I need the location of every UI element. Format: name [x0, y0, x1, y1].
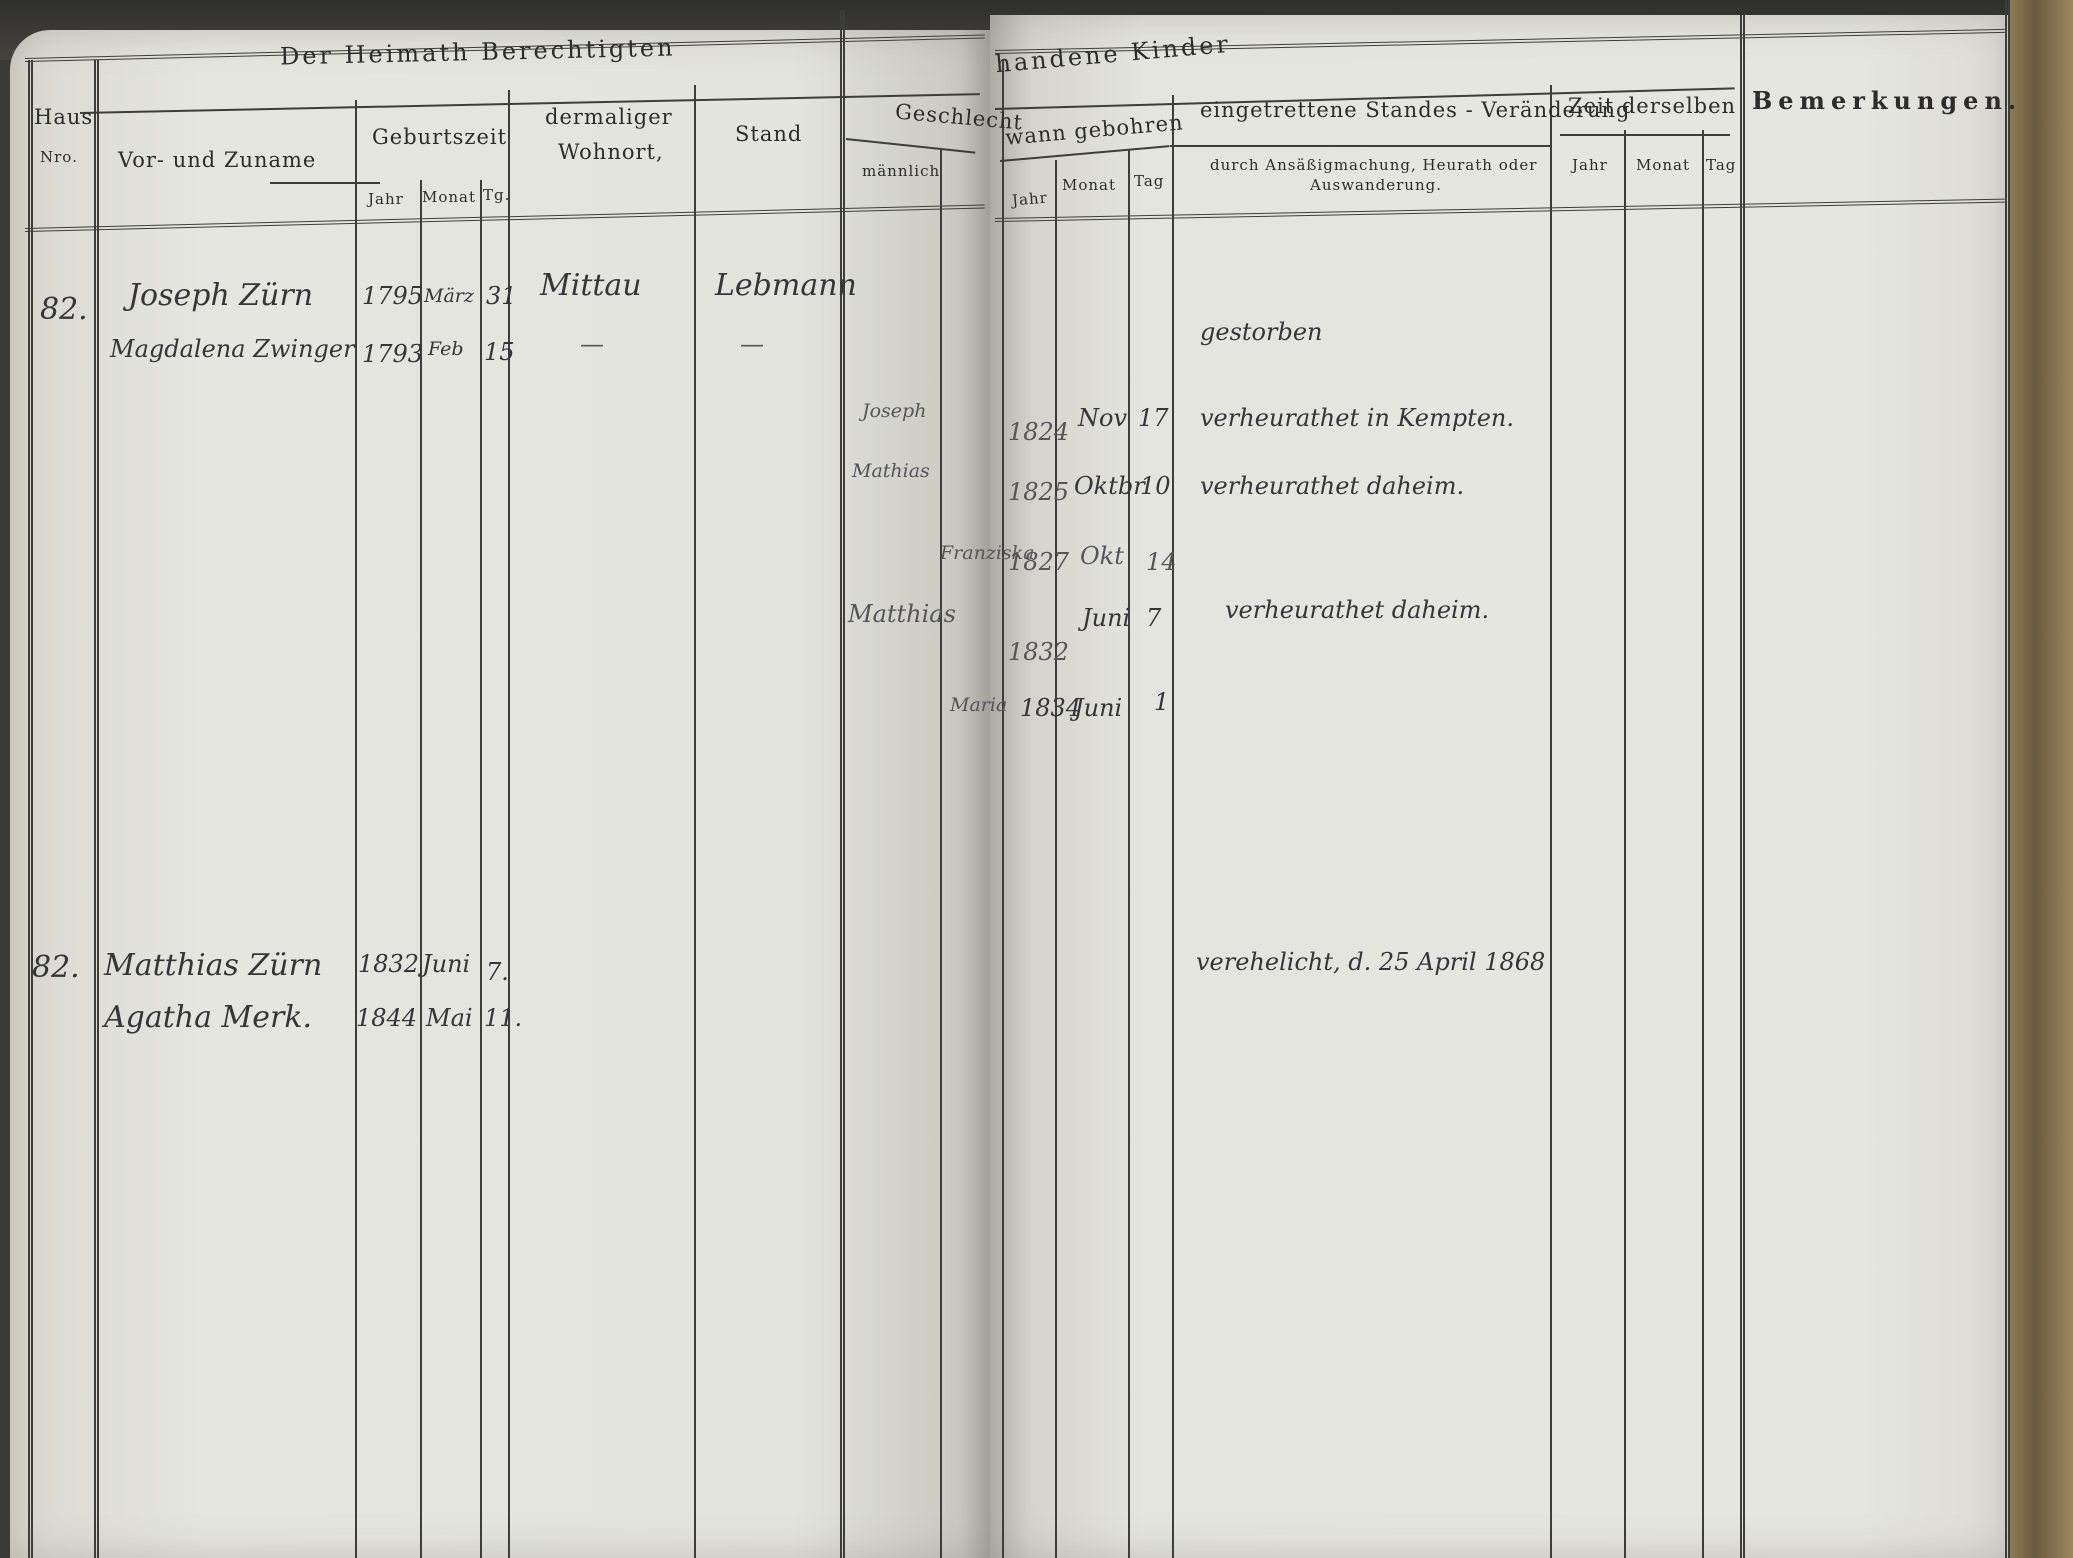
- entry-2-person-1-month: Juni: [422, 950, 470, 978]
- col-bemerkungen: Bemerkungen.: [1752, 86, 2022, 115]
- col-geburtszeit: Geburtszeit: [372, 125, 507, 149]
- entry-2-person-2-month: Mai: [426, 1004, 473, 1032]
- col-zeit-monat: Monat: [1636, 156, 1690, 174]
- entry-1-person-1-day: 31: [486, 282, 517, 310]
- col-maennlich: männlich: [862, 162, 940, 180]
- entry-1-wohnort-dash: —: [580, 330, 604, 358]
- child-male-name: Matthias: [848, 600, 956, 628]
- child-female-name: Maria: [950, 694, 1007, 716]
- col-geb-tag: Tg.: [483, 186, 510, 204]
- col-stand: Stand: [735, 122, 802, 146]
- entry-1-stand-dash: —: [740, 330, 764, 358]
- child-year: 1824: [1008, 418, 1069, 446]
- col-wohnort-1: dermaliger: [545, 105, 673, 129]
- child-month: Juni: [1074, 694, 1122, 722]
- child-day: 17: [1138, 404, 1169, 432]
- entry-2-person-2-year: 1844: [356, 1004, 417, 1032]
- entry-1-stand: Lebmann: [715, 268, 857, 303]
- col-zeit-tag: Tag: [1706, 156, 1736, 174]
- col-geb-monat: Monat: [422, 188, 476, 206]
- entry-1-person-2-year: 1793: [362, 340, 423, 368]
- entry-1-person-2-month: Feb: [428, 338, 464, 360]
- child-month: Nov: [1078, 404, 1127, 432]
- child-year: 1832: [1008, 638, 1069, 666]
- child-month: Oktbr: [1074, 472, 1145, 500]
- entry-1-person-2-note: gestorben: [1200, 318, 1322, 346]
- col-kind-tag: Tag: [1134, 172, 1164, 190]
- col-nro: Nro.: [40, 148, 78, 166]
- child-day: 7: [1146, 604, 1161, 632]
- child-change: verheurathet daheim.: [1200, 472, 1464, 500]
- col-haus: Haus: [34, 105, 93, 129]
- child-day: 1: [1154, 688, 1169, 716]
- entry-1-wohnort: Mittau: [540, 268, 642, 303]
- col-standes-veraenderung: eingetrettene Standes - Veränderung: [1200, 98, 1631, 122]
- child-male-name: Mathias: [852, 460, 930, 482]
- col-standes-sub-2: Auswanderung.: [1310, 176, 1442, 194]
- entry-2-person-2-day: 11.: [484, 1004, 522, 1032]
- entry-1-person-2-name: Magdalena Zwinger: [110, 335, 355, 363]
- col-kind-monat: Monat: [1062, 176, 1116, 194]
- entry-2-haus-nro: 82.: [32, 950, 80, 985]
- col-name: Vor- und Zuname: [118, 148, 316, 172]
- entry-2-person-2-name: Agatha Merk.: [104, 1000, 312, 1035]
- entry-2-person-1-year: 1832: [358, 950, 419, 978]
- col-standes-sub-1: durch Ansäßigmachung, Heurath oder: [1210, 156, 1537, 174]
- child-male-name: Joseph: [862, 400, 926, 422]
- entry-1-person-1-month: März: [424, 285, 474, 307]
- col-zeit-derselben: Zeit derselben: [1568, 94, 1736, 118]
- entry-2-person-1-name: Matthias Zürn: [104, 948, 322, 983]
- entry-2-note: verehelicht, d. 25 April 1868: [1196, 948, 1545, 976]
- child-change: verheurathet daheim.: [1225, 596, 1489, 624]
- child-month: Okt: [1080, 542, 1124, 570]
- right-page: [990, 15, 2010, 1558]
- child-day: 10: [1140, 472, 1171, 500]
- child-change: verheurathet in Kempten.: [1200, 404, 1514, 432]
- entry-1-haus-nro: 82.: [40, 292, 88, 327]
- col-kind-jahr: Jahr: [1011, 188, 1048, 209]
- child-month: Juni: [1082, 604, 1130, 632]
- child-day: 14: [1146, 548, 1177, 576]
- child-year: 1834: [1020, 694, 1081, 722]
- entry-2-person-1-day: 7.: [486, 958, 509, 986]
- entry-1-person-1-year: 1795: [362, 282, 423, 310]
- col-zeit-jahr: Jahr: [1572, 156, 1608, 174]
- col-wohnort-2: Wohnort,: [558, 140, 664, 164]
- entry-1-person-1-name: Joseph Zürn: [128, 278, 313, 313]
- book-spine-edge: [2010, 0, 2073, 1558]
- child-year: 1825: [1008, 478, 1069, 506]
- entry-1-person-2-day: 15: [484, 338, 515, 366]
- col-geb-jahr: Jahr: [368, 190, 404, 208]
- child-year: 1827: [1008, 548, 1069, 576]
